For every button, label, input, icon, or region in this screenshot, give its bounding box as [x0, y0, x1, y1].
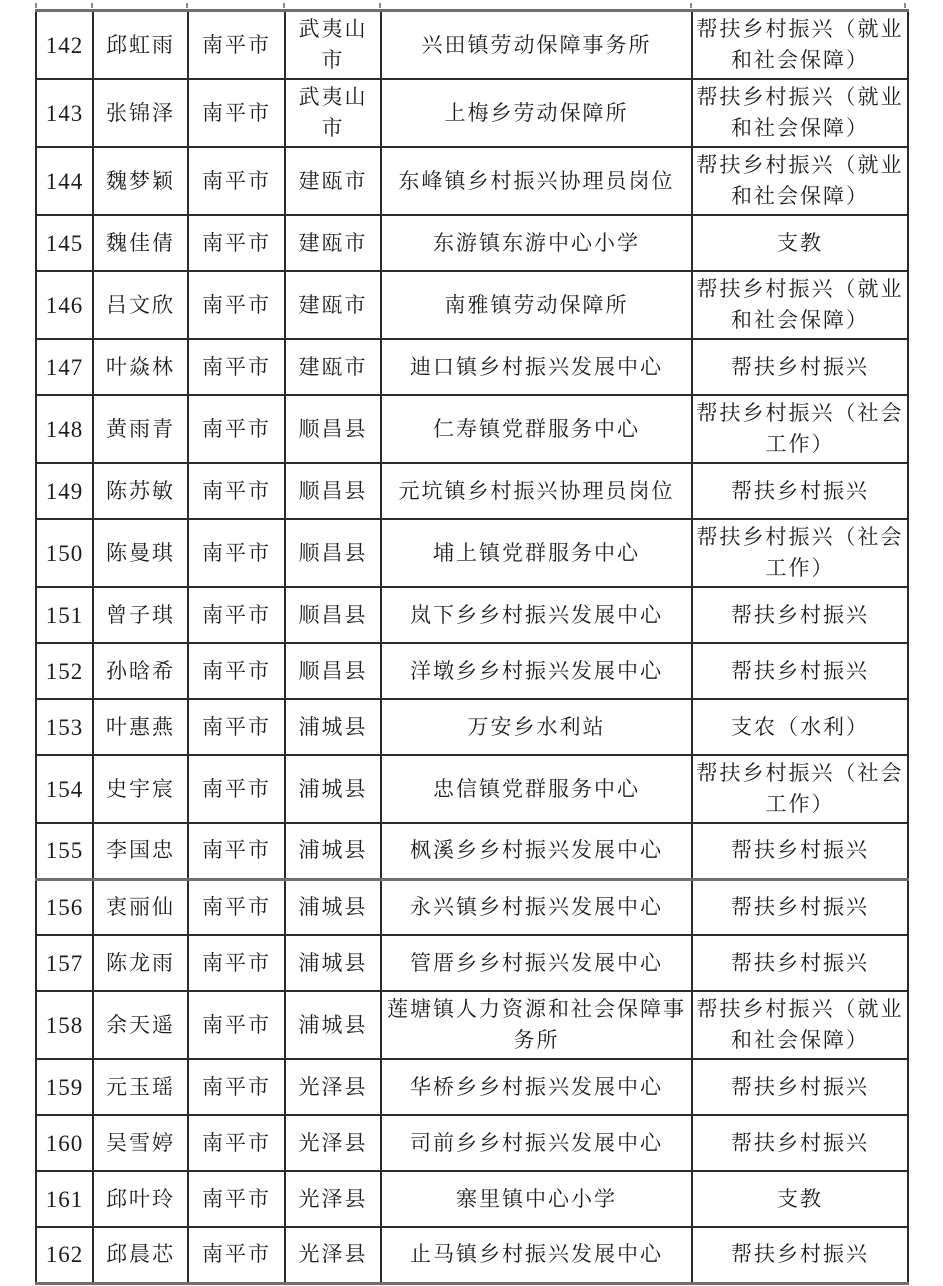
- cell-person-name: 叶焱林: [93, 339, 188, 395]
- cell-city: 南平市: [188, 463, 285, 519]
- cell-category: 帮扶乡村振兴（社会工作）: [692, 395, 908, 463]
- cell-person-name: 黄雨青: [93, 395, 188, 463]
- cell-person-name: 叶惠燕: [93, 699, 188, 755]
- cell-workplace: 南雅镇劳动保障所: [381, 271, 692, 339]
- table-row: 153 叶惠燕 南平市 浦城县 万安乡水利站 支农（水利）: [36, 699, 908, 755]
- table-row: 157 陈龙雨 南平市 浦城县 管厝乡乡村振兴发展中心 帮扶乡村振兴: [36, 935, 908, 991]
- cell-county: 建瓯市: [285, 339, 381, 395]
- cell-county: 建瓯市: [285, 147, 381, 215]
- cell-county: 武夷山市: [285, 79, 381, 147]
- cell-city: 南平市: [188, 755, 285, 823]
- cell-category: 帮扶乡村振兴（就业和社会保障）: [692, 271, 908, 339]
- table-row: 142 邱虹雨 南平市 武夷山市 兴田镇劳动保障事务所 帮扶乡村振兴（就业和社会…: [36, 11, 908, 80]
- cell-county: 光泽县: [285, 1227, 381, 1283]
- cell-city: 南平市: [188, 643, 285, 699]
- cell-category: 支教: [692, 215, 908, 271]
- column-border-stub: [35, 3, 37, 8]
- cell-person-name: 邱叶玲: [93, 1171, 188, 1227]
- cell-person-name: 衷丽仙: [93, 879, 188, 935]
- cell-workplace: 忠信镇党群服务中心: [381, 755, 692, 823]
- cell-row-number: 158: [36, 991, 93, 1059]
- cell-person-name: 魏佳倩: [93, 215, 188, 271]
- table-row: 151 曾子琪 南平市 顺昌县 岚下乡乡村振兴发展中心 帮扶乡村振兴: [36, 587, 908, 643]
- cell-person-name: 张锦泽: [93, 79, 188, 147]
- table-row: 149 陈苏敏 南平市 顺昌县 元坑镇乡村振兴协理员岗位 帮扶乡村振兴: [36, 463, 908, 519]
- cell-city: 南平市: [188, 215, 285, 271]
- table-row: 158 余天遥 南平市 浦城县 莲塘镇人力资源和社会保障事务所 帮扶乡村振兴（就…: [36, 991, 908, 1059]
- cell-county: 顺昌县: [285, 395, 381, 463]
- cell-person-name: 魏梦颖: [93, 147, 188, 215]
- cell-county: 浦城县: [285, 823, 381, 879]
- cell-city: 南平市: [188, 587, 285, 643]
- cell-workplace: 万安乡水利站: [381, 699, 692, 755]
- cell-category: 帮扶乡村振兴: [692, 339, 908, 395]
- cell-county: 浦城县: [285, 879, 381, 935]
- cell-category: 帮扶乡村振兴（就业和社会保障）: [692, 79, 908, 147]
- cell-county: 浦城县: [285, 699, 381, 755]
- cell-category: 帮扶乡村振兴: [692, 1115, 908, 1171]
- cell-workplace: 仁寿镇党群服务中心: [381, 395, 692, 463]
- cell-row-number: 144: [36, 147, 93, 215]
- cell-county: 浦城县: [285, 755, 381, 823]
- cell-row-number: 162: [36, 1227, 93, 1283]
- column-border-stub: [91, 3, 93, 8]
- cell-row-number: 148: [36, 395, 93, 463]
- cell-row-number: 159: [36, 1059, 93, 1115]
- cell-row-number: 155: [36, 823, 93, 879]
- cell-row-number: 145: [36, 215, 93, 271]
- cell-county: 光泽县: [285, 1171, 381, 1227]
- table-row: 143 张锦泽 南平市 武夷山市 上梅乡劳动保障所 帮扶乡村振兴（就业和社会保障…: [36, 79, 908, 147]
- cell-city: 南平市: [188, 339, 285, 395]
- cell-row-number: 149: [36, 463, 93, 519]
- cell-person-name: 元玉瑶: [93, 1059, 188, 1115]
- cell-city: 南平市: [188, 79, 285, 147]
- cell-person-name: 吴雪婷: [93, 1115, 188, 1171]
- table-row: 145 魏佳倩 南平市 建瓯市 东游镇东游中心小学 支教: [36, 215, 908, 271]
- cell-city: 南平市: [188, 147, 285, 215]
- cell-category: 帮扶乡村振兴（社会工作）: [692, 519, 908, 587]
- cell-city: 南平市: [188, 699, 285, 755]
- column-border-stub: [186, 3, 188, 8]
- cell-person-name: 陈苏敏: [93, 463, 188, 519]
- cell-category: 支教: [692, 1171, 908, 1227]
- cell-category: 帮扶乡村振兴: [692, 643, 908, 699]
- cell-city: 南平市: [188, 879, 285, 935]
- cell-row-number: 150: [36, 519, 93, 587]
- cell-city: 南平市: [188, 991, 285, 1059]
- cell-workplace: 永兴镇乡村振兴发展中心: [381, 879, 692, 935]
- cell-county: 建瓯市: [285, 271, 381, 339]
- cell-row-number: 151: [36, 587, 93, 643]
- cell-city: 南平市: [188, 519, 285, 587]
- cell-city: 南平市: [188, 1227, 285, 1283]
- cell-row-number: 142: [36, 11, 93, 80]
- table-row: 160 吴雪婷 南平市 光泽县 司前乡乡村振兴发展中心 帮扶乡村振兴: [36, 1115, 908, 1171]
- cell-category: 帮扶乡村振兴: [692, 1227, 908, 1283]
- cell-county: 光泽县: [285, 1059, 381, 1115]
- cell-row-number: 157: [36, 935, 93, 991]
- cell-person-name: 史宇宸: [93, 755, 188, 823]
- cell-category: 帮扶乡村振兴（就业和社会保障）: [692, 147, 908, 215]
- cell-workplace: 迪口镇乡村振兴发展中心: [381, 339, 692, 395]
- cell-workplace: 兴田镇劳动保障事务所: [381, 11, 692, 80]
- table-row: 148 黄雨青 南平市 顺昌县 仁寿镇党群服务中心 帮扶乡村振兴（社会工作）: [36, 395, 908, 463]
- cell-county: 光泽县: [285, 1115, 381, 1171]
- column-border-stub: [283, 3, 285, 8]
- cell-city: 南平市: [188, 1059, 285, 1115]
- cell-workplace: 洋墩乡乡村振兴发展中心: [381, 643, 692, 699]
- cell-row-number: 156: [36, 879, 93, 935]
- cell-person-name: 吕文欣: [93, 271, 188, 339]
- table-row: 161 邱叶玲 南平市 光泽县 寨里镇中心小学 支教: [36, 1171, 908, 1227]
- cell-city: 南平市: [188, 271, 285, 339]
- cell-county: 浦城县: [285, 991, 381, 1059]
- cell-person-name: 邱晨芯: [93, 1227, 188, 1283]
- cell-workplace: 管厝乡乡村振兴发展中心: [381, 935, 692, 991]
- table-row: 152 孙晗希 南平市 顺昌县 洋墩乡乡村振兴发展中心 帮扶乡村振兴: [36, 643, 908, 699]
- cell-workplace: 司前乡乡村振兴发展中心: [381, 1115, 692, 1171]
- document-page: 142 邱虹雨 南平市 武夷山市 兴田镇劳动保障事务所 帮扶乡村振兴（就业和社会…: [0, 0, 943, 1286]
- cell-category: 帮扶乡村振兴: [692, 823, 908, 879]
- cell-category: 帮扶乡村振兴: [692, 935, 908, 991]
- cell-city: 南平市: [188, 935, 285, 991]
- cell-category: 支农（水利）: [692, 699, 908, 755]
- cell-city: 南平市: [188, 395, 285, 463]
- cell-row-number: 161: [36, 1171, 93, 1227]
- column-border-stub: [690, 3, 692, 8]
- cell-row-number: 152: [36, 643, 93, 699]
- table-row: 154 史宇宸 南平市 浦城县 忠信镇党群服务中心 帮扶乡村振兴（社会工作）: [36, 755, 908, 823]
- cell-city: 南平市: [188, 11, 285, 80]
- cell-workplace: 东峰镇乡村振兴协理员岗位: [381, 147, 692, 215]
- table-row: 146 吕文欣 南平市 建瓯市 南雅镇劳动保障所 帮扶乡村振兴（就业和社会保障）: [36, 271, 908, 339]
- cell-person-name: 曾子琪: [93, 587, 188, 643]
- table-row: 147 叶焱林 南平市 建瓯市 迪口镇乡村振兴发展中心 帮扶乡村振兴: [36, 339, 908, 395]
- cell-workplace: 寨里镇中心小学: [381, 1171, 692, 1227]
- cell-category: 帮扶乡村振兴（就业和社会保障）: [692, 991, 908, 1059]
- cell-workplace: 止马镇乡村振兴发展中心: [381, 1227, 692, 1283]
- table-row: 144 魏梦颖 南平市 建瓯市 东峰镇乡村振兴协理员岗位 帮扶乡村振兴（就业和社…: [36, 147, 908, 215]
- table-row: 162 邱晨芯 南平市 光泽县 止马镇乡村振兴发展中心 帮扶乡村振兴: [36, 1227, 908, 1283]
- cell-workplace: 上梅乡劳动保障所: [381, 79, 692, 147]
- cell-row-number: 153: [36, 699, 93, 755]
- cell-county: 顺昌县: [285, 643, 381, 699]
- cell-workplace: 埔上镇党群服务中心: [381, 519, 692, 587]
- column-border-stub: [379, 3, 381, 8]
- cell-county: 顺昌县: [285, 463, 381, 519]
- cell-person-name: 余天遥: [93, 991, 188, 1059]
- cell-category: 帮扶乡村振兴: [692, 587, 908, 643]
- cell-county: 建瓯市: [285, 215, 381, 271]
- cell-county: 武夷山市: [285, 11, 381, 80]
- cell-person-name: 陈龙雨: [93, 935, 188, 991]
- cell-workplace: 华桥乡乡村振兴发展中心: [381, 1059, 692, 1115]
- cell-city: 南平市: [188, 823, 285, 879]
- cell-workplace: 枫溪乡乡村振兴发展中心: [381, 823, 692, 879]
- cell-row-number: 147: [36, 339, 93, 395]
- cell-county: 浦城县: [285, 935, 381, 991]
- table-row: 159 元玉瑶 南平市 光泽县 华桥乡乡村振兴发展中心 帮扶乡村振兴: [36, 1059, 908, 1115]
- cell-city: 南平市: [188, 1115, 285, 1171]
- column-border-stub: [904, 3, 906, 8]
- cell-workplace: 东游镇东游中心小学: [381, 215, 692, 271]
- cell-person-name: 陈曼琪: [93, 519, 188, 587]
- cell-row-number: 143: [36, 79, 93, 147]
- cell-county: 顺昌县: [285, 519, 381, 587]
- cell-category: 帮扶乡村振兴: [692, 879, 908, 935]
- cell-row-number: 154: [36, 755, 93, 823]
- cell-workplace: 莲塘镇人力资源和社会保障事务所: [381, 991, 692, 1059]
- cell-county: 顺昌县: [285, 587, 381, 643]
- cell-person-name: 孙晗希: [93, 643, 188, 699]
- cell-workplace: 元坑镇乡村振兴协理员岗位: [381, 463, 692, 519]
- cell-category: 帮扶乡村振兴: [692, 463, 908, 519]
- cell-category: 帮扶乡村振兴（社会工作）: [692, 755, 908, 823]
- table-row: 156 衷丽仙 南平市 浦城县 永兴镇乡村振兴发展中心 帮扶乡村振兴: [36, 879, 908, 935]
- table-row: 150 陈曼琪 南平市 顺昌县 埔上镇党群服务中心 帮扶乡村振兴（社会工作）: [36, 519, 908, 587]
- personnel-assignment-table: 142 邱虹雨 南平市 武夷山市 兴田镇劳动保障事务所 帮扶乡村振兴（就业和社会…: [35, 9, 909, 1285]
- cell-city: 南平市: [188, 1171, 285, 1227]
- table-row: 155 李国忠 南平市 浦城县 枫溪乡乡村振兴发展中心 帮扶乡村振兴: [36, 823, 908, 879]
- cell-row-number: 146: [36, 271, 93, 339]
- cell-person-name: 李国忠: [93, 823, 188, 879]
- cell-row-number: 160: [36, 1115, 93, 1171]
- cell-category: 帮扶乡村振兴（就业和社会保障）: [692, 11, 908, 80]
- cell-category: 帮扶乡村振兴: [692, 1059, 908, 1115]
- cell-workplace: 岚下乡乡村振兴发展中心: [381, 587, 692, 643]
- cell-person-name: 邱虹雨: [93, 11, 188, 80]
